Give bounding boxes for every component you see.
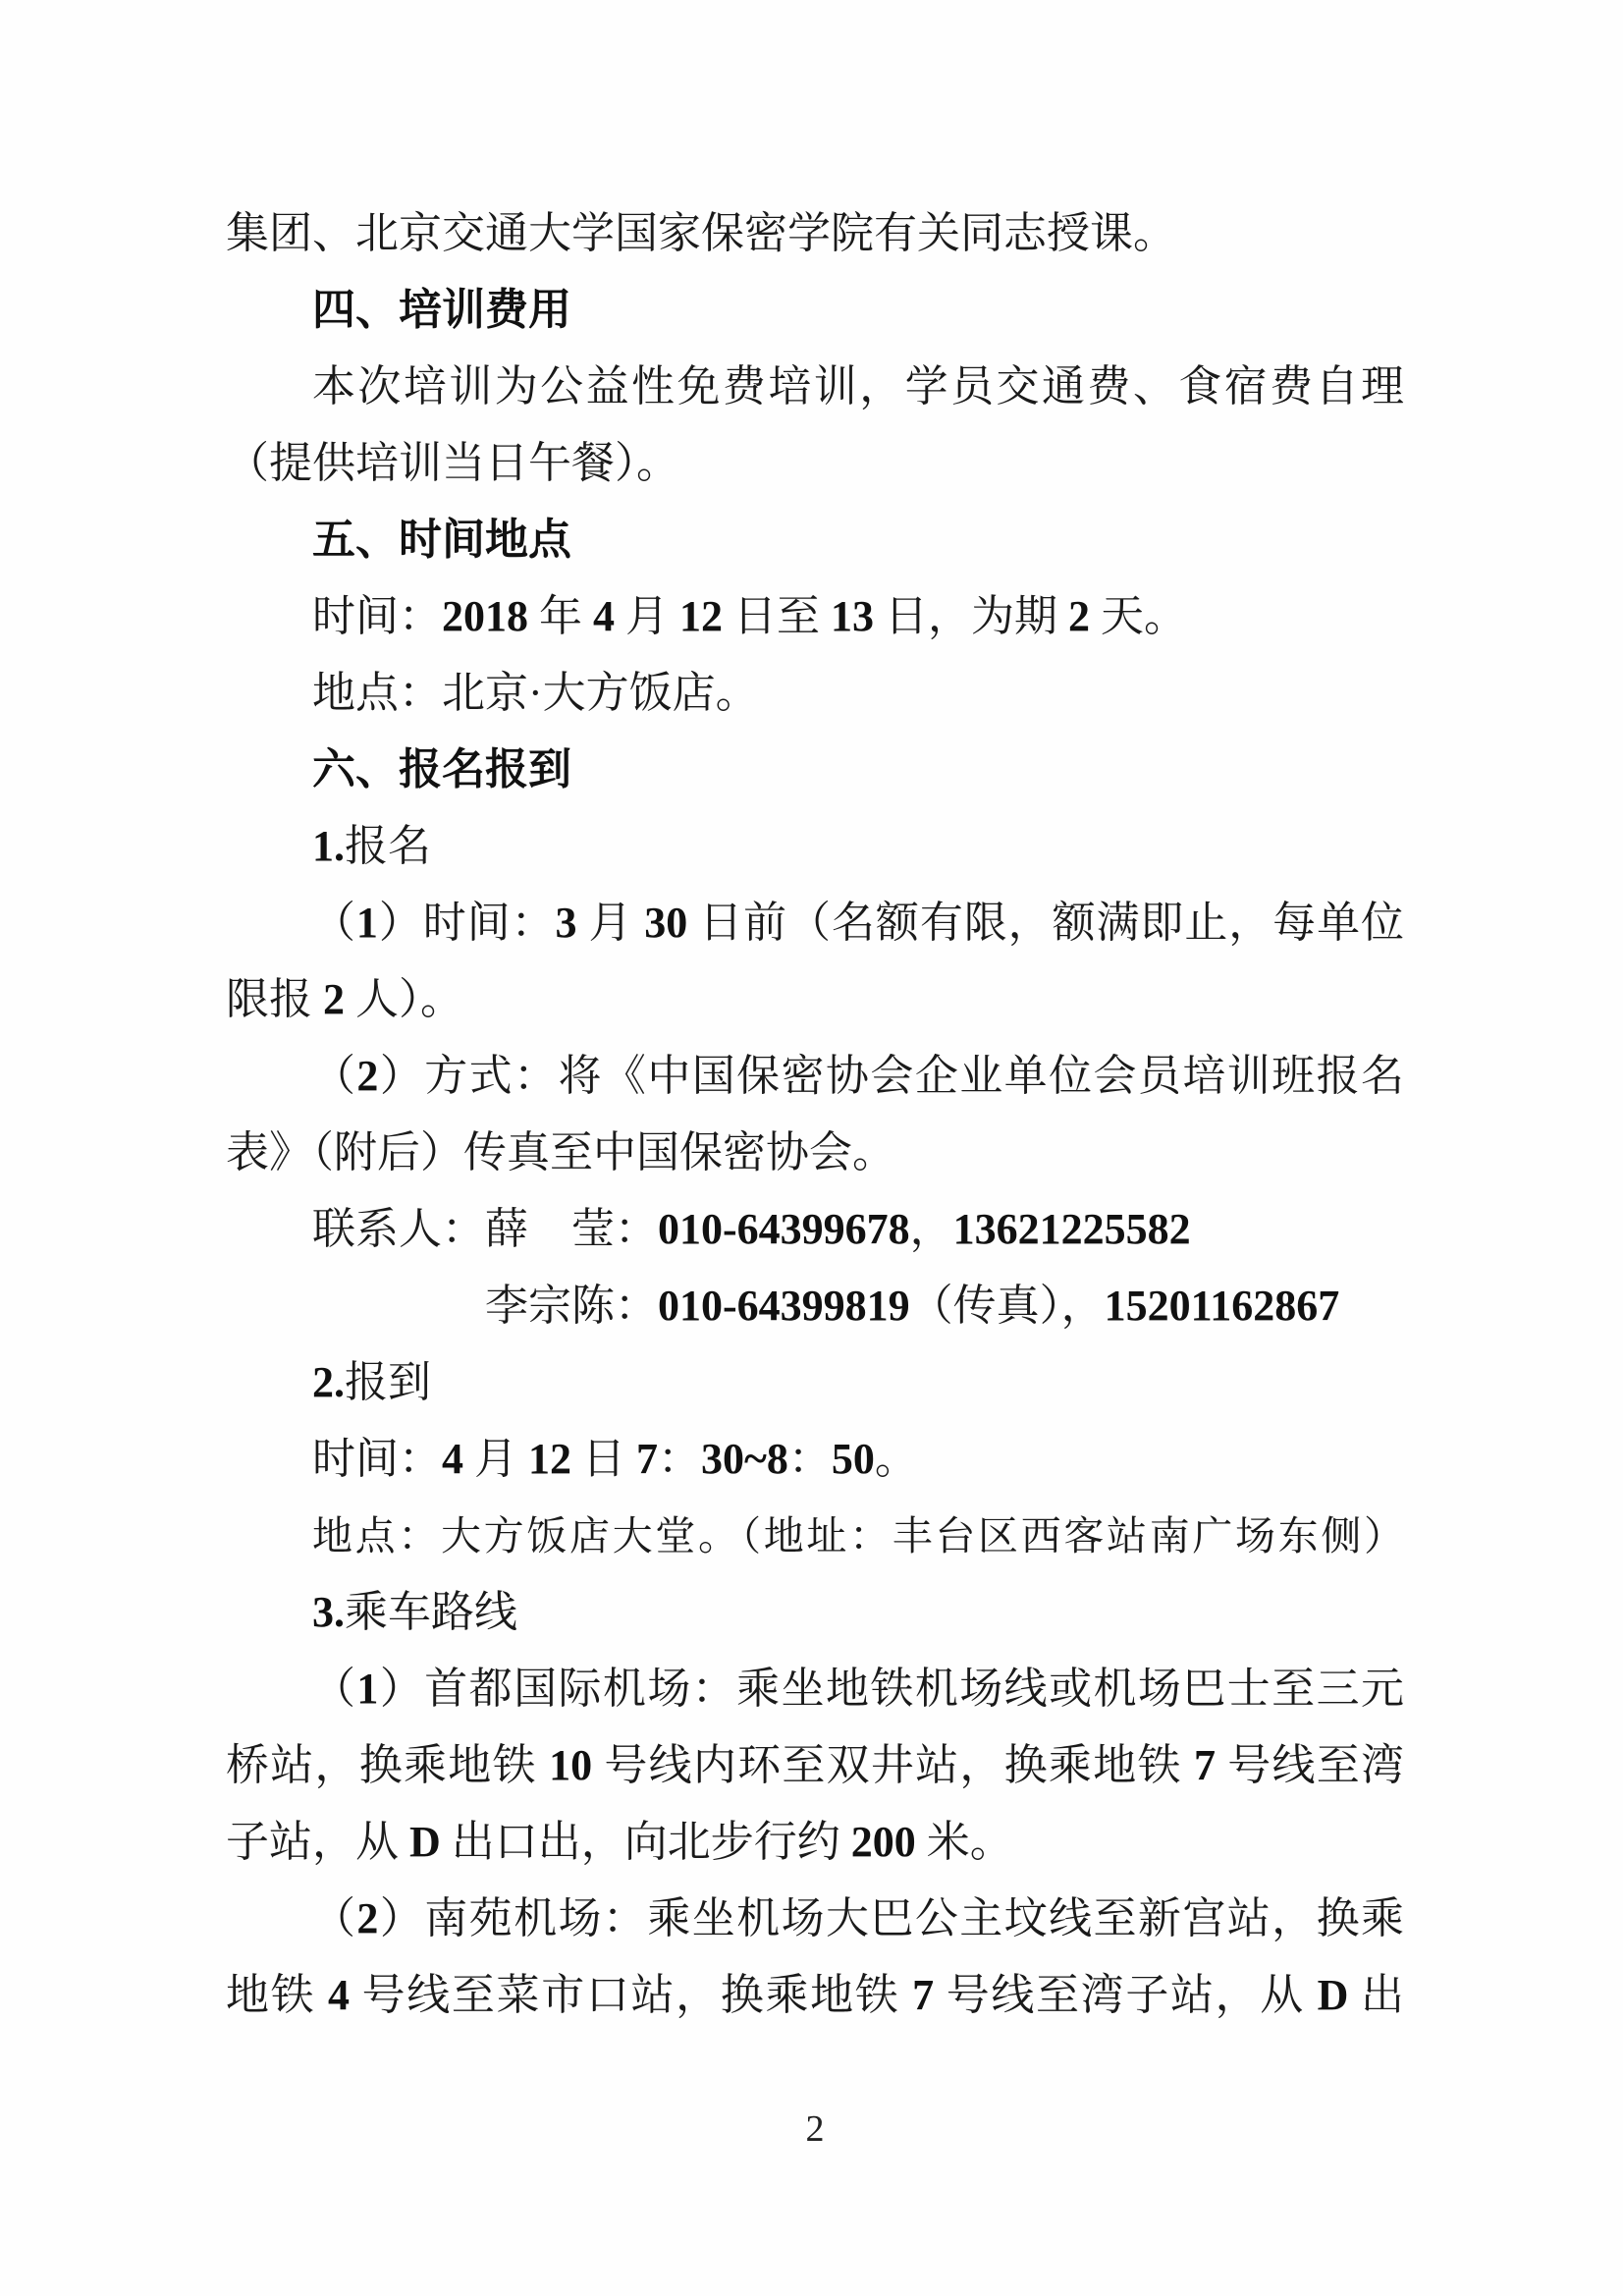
document-lines: 集团、北京交通大学国家保密学院有关同志授课。四、培训费用本次培训为公益性免费培训… (226, 195, 1404, 2034)
body-fee-paragraph-line-2: （提供培训当日午餐）。 (226, 425, 1404, 502)
text-segment-cn: 日，为期 (874, 592, 1068, 640)
page-number: 2 (226, 2100, 1404, 2159)
text-segment-cn: 表》（附后）传真至中国保密协会。 (226, 1128, 895, 1176)
text-segment-cn: （提供培训当日午餐）。 (226, 439, 679, 487)
text-segment-num: 10 (549, 1741, 592, 1789)
text-segment-cn: （ (312, 1052, 356, 1100)
text-segment-hei: 四、培训费用 (312, 286, 571, 334)
text-segment-cn: 时间： (312, 1435, 442, 1483)
text-segment-cn: 日 (571, 1435, 636, 1483)
text-segment-cn: 地点：大方饭店大堂。（地址：丰台区西客站南广场东侧） (312, 1513, 1404, 1558)
text-segment-num: 13621225582 (953, 1205, 1191, 1253)
text-segment-hei: 六、报名报到 (312, 745, 571, 793)
subheading-2-checkin: 2.报到 (226, 1344, 1404, 1421)
text-segment-cn: 月 (577, 899, 645, 947)
body-route-2-line-2: 地铁 4 号线至菜市口站，换乘地铁 7 号线至湾子站，从 D 出 (226, 1957, 1404, 2034)
text-segment-cn: 年 (528, 592, 593, 640)
text-segment-num: 30 (644, 899, 687, 947)
text-segment-num: 2018 (442, 592, 528, 640)
text-segment-cn: 本次培训为公益性免费培训，学员交通费、食宿费自理 (312, 362, 1404, 410)
text-segment-cn: 李宗陈： (485, 1282, 658, 1330)
text-segment-num: 12 (679, 592, 723, 640)
document-page: 集团、北京交通大学国家保密学院有关同志授课。四、培训费用本次培训为公益性免费培训… (0, 0, 1623, 2296)
text-segment-num: 2 (1068, 592, 1090, 640)
text-segment-cn: ）南苑机场：乘坐机场大巴公主坟线至新宫站，换乘 (378, 1894, 1404, 1942)
text-segment-num: 200 (851, 1818, 916, 1866)
body-fee-paragraph-line-1: 本次培训为公益性免费培训，学员交通费、食宿费自理 (226, 349, 1404, 425)
body-signup-method-line-2: 表》（附后）传真至中国保密协会。 (226, 1115, 1404, 1191)
text-segment-cn: ： (658, 1435, 701, 1483)
text-segment-cn: 联系人：薛 莹： (312, 1205, 658, 1253)
body-route-2-line-1: （2）南苑机场：乘坐机场大巴公主坟线至新宫站，换乘 (226, 1881, 1404, 1957)
text-segment-cn: 号线至菜市口站，换乘地铁 (350, 1971, 912, 2019)
text-segment-cn: （ (312, 899, 356, 947)
text-segment-cn: ， (910, 1205, 953, 1253)
heading-section-5-time-place: 五、时间地点 (226, 502, 1404, 578)
text-segment-num: 7 (636, 1435, 658, 1483)
text-segment-cn: 日前（名额有限，额满即止，每单位 (687, 899, 1404, 947)
body-route-1-line-2: 桥站，换乘地铁 10 号线内环至双井站，换乘地铁 7 号线至湾 (226, 1727, 1404, 1804)
body-continuation-lecturers: 集团、北京交通大学国家保密学院有关同志授课。 (226, 195, 1404, 272)
text-segment-num: 2. (312, 1358, 345, 1406)
text-segment-num: 1. (312, 822, 345, 870)
text-segment-cn: ）首都国际机场：乘坐地铁机场线或机场巴士至三元 (378, 1665, 1404, 1713)
body-checkin-place: 地点：大方饭店大堂。（地址：丰台区西客站南广场东侧） (226, 1498, 1404, 1574)
text-segment-cn: ： (788, 1435, 832, 1483)
text-segment-cn: 限报 (226, 975, 323, 1023)
text-segment-cn: 人）。 (345, 975, 463, 1023)
text-segment-cn: 日至 (723, 592, 831, 640)
text-segment-cn: 米。 (916, 1818, 1013, 1866)
body-contact-xue-ying: 联系人：薛 莹：010-64399678，13621225582 (226, 1191, 1404, 1268)
body-signup-method-line-1: （2）方式：将《中国保密协会企业单位会员培训班报名 (226, 1038, 1404, 1115)
body-route-1-line-1: （1）首都国际机场：乘坐地铁机场线或机场巴士至三元 (226, 1651, 1404, 1727)
text-segment-cn: 。 (875, 1435, 918, 1483)
text-segment-hei: 五、时间地点 (312, 516, 571, 564)
subheading-1-signup: 1.报名 (226, 808, 1404, 885)
subheading-3-routes: 3.乘车路线 (226, 1574, 1404, 1651)
text-segment-num: 2 (356, 1052, 378, 1100)
text-segment-cn: 桥站，换乘地铁 (226, 1741, 549, 1789)
text-segment-num: 3 (556, 899, 577, 947)
text-segment-num: 7 (1194, 1741, 1216, 1789)
text-segment-num: 2 (323, 975, 345, 1023)
text-segment-cn: 报名 (345, 822, 431, 870)
body-signup-time-line-2: 限报 2 人）。 (226, 961, 1404, 1038)
heading-section-6-registration: 六、报名报到 (226, 732, 1404, 808)
body-signup-time-line-1: （1）时间：3 月 30 日前（名额有限，额满即止，每单位 (226, 885, 1404, 961)
text-segment-cn: ）方式：将《中国保密协会企业单位会员培训班报名 (378, 1052, 1404, 1100)
text-segment-num: 2 (356, 1894, 378, 1942)
text-segment-num: 3. (312, 1588, 345, 1636)
body-route-1-line-3: 子站，从 D 出口出，向北步行约 200 米。 (226, 1804, 1404, 1881)
text-segment-cn: 号线内环至双井站，换乘地铁 (592, 1741, 1194, 1789)
text-segment-cn: （传真）， (910, 1282, 1105, 1330)
text-segment-num: 7 (912, 1971, 934, 2019)
text-segment-num: D (1318, 1971, 1349, 2019)
text-segment-num: 4 (328, 1971, 350, 2019)
text-segment-cn: 号线至湾子站，从 (934, 1971, 1318, 2019)
text-segment-cn: 出 (1348, 1971, 1404, 2019)
text-segment-num: 12 (528, 1435, 571, 1483)
text-segment-num: 1 (356, 1665, 378, 1713)
body-checkin-time: 时间：4 月 12 日 7：30~8：50。 (226, 1421, 1404, 1498)
text-segment-cn: 出口出，向北步行约 (441, 1818, 851, 1866)
text-segment-num: D (409, 1818, 441, 1866)
body-time-line: 时间：2018 年 4 月 12 日至 13 日，为期 2 天。 (226, 578, 1404, 655)
text-segment-num: 13 (831, 592, 874, 640)
text-segment-cn: 地铁 (226, 1971, 328, 2019)
text-segment-cn: ）时间： (378, 899, 556, 947)
text-segment-cn: 时间： (312, 592, 442, 640)
text-segment-num: 1 (356, 899, 378, 947)
text-segment-num: 50 (832, 1435, 875, 1483)
text-segment-num: 010-64399819 (658, 1282, 910, 1330)
text-segment-cn: 号线至湾 (1216, 1741, 1404, 1789)
text-segment-cn: 报到 (345, 1358, 431, 1406)
text-segment-cn: 天。 (1090, 592, 1187, 640)
text-segment-num: 30~8 (701, 1435, 788, 1483)
text-segment-cn: （ (312, 1665, 356, 1713)
text-segment-num: 4 (593, 592, 615, 640)
text-segment-cn: 月 (463, 1435, 528, 1483)
text-segment-num: 15201162867 (1105, 1282, 1340, 1330)
text-segment-cn: 集团、北京交通大学国家保密学院有关同志授课。 (226, 209, 1176, 257)
text-segment-num: 4 (442, 1435, 463, 1483)
heading-section-4-training-fee: 四、培训费用 (226, 272, 1404, 349)
text-segment-cn: （ (312, 1894, 356, 1942)
text-segment-cn: 子站，从 (226, 1818, 409, 1866)
text-segment-cn: 乘车路线 (345, 1588, 517, 1636)
text-segment-cn: 月 (615, 592, 679, 640)
body-contact-li-zongchen: 李宗陈：010-64399819（传真），15201162867 (226, 1268, 1404, 1344)
text-segment-num: 010-64399678 (658, 1205, 910, 1253)
body-place-line: 地点：北京·大方饭店。 (226, 655, 1404, 732)
text-segment-cn: 地点：北京·大方饭店。 (312, 669, 759, 717)
